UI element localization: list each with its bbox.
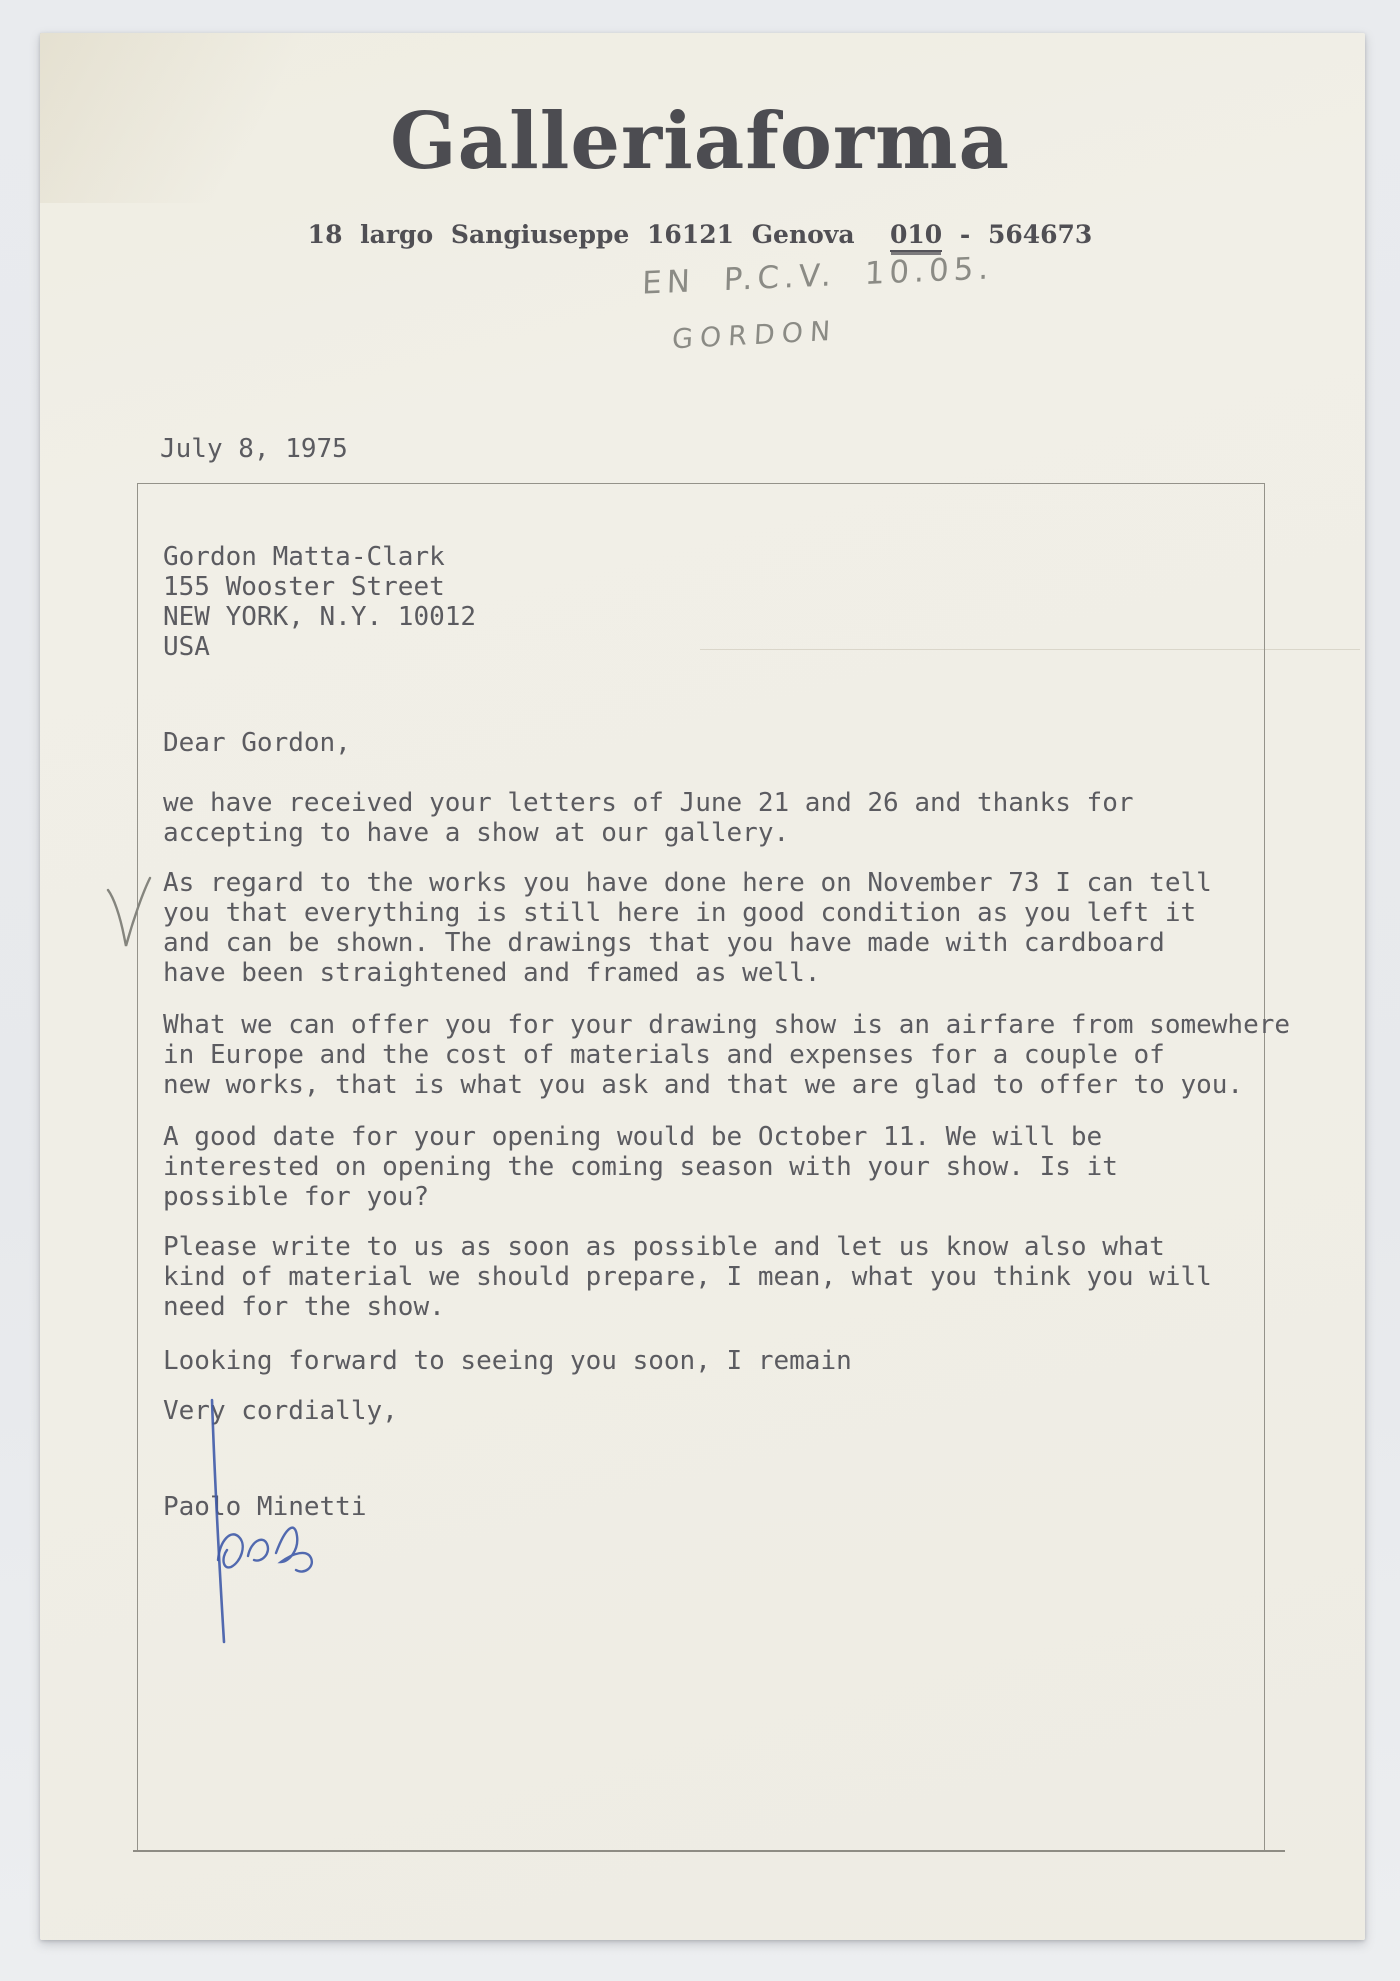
phone-separator: -: [942, 220, 988, 249]
signature: [190, 1390, 340, 1660]
checkmark-icon: [104, 874, 152, 956]
letter-date: July 8, 1975: [160, 434, 348, 464]
paragraph-3: What we can offer you for your drawing s…: [163, 1010, 1290, 1100]
salutation: Dear Gordon,: [163, 728, 351, 758]
letter-border-bottom-rule: [133, 1850, 1285, 1852]
closing-line: Looking forward to seeing you soon, I re…: [163, 1346, 852, 1376]
paragraph-1: we have received your letters of June 21…: [163, 788, 1134, 848]
recipient-address: Gordon Matta-Clark 155 Wooster Street NE…: [163, 542, 476, 662]
phone-number: 564673: [988, 220, 1092, 249]
phone-prefix: 010: [890, 220, 942, 252]
gallery-name: Galleriaforma: [0, 96, 1400, 187]
paragraph-5: Please write to us as soon as possible a…: [163, 1232, 1212, 1322]
paragraph-4: A good date for your opening would be Oc…: [163, 1122, 1118, 1212]
scanned-letter-page: Galleriaforma 18 largo Sangiuseppe 16121…: [0, 0, 1400, 1981]
gallery-address: 18 largo Sangiuseppe 16121 Genova 010 - …: [0, 220, 1400, 249]
address-spacer: [855, 220, 890, 249]
gallery-street: 18 largo Sangiuseppe 16121 Genova: [308, 220, 855, 249]
paragraph-2: As regard to the works you have done her…: [163, 868, 1212, 988]
